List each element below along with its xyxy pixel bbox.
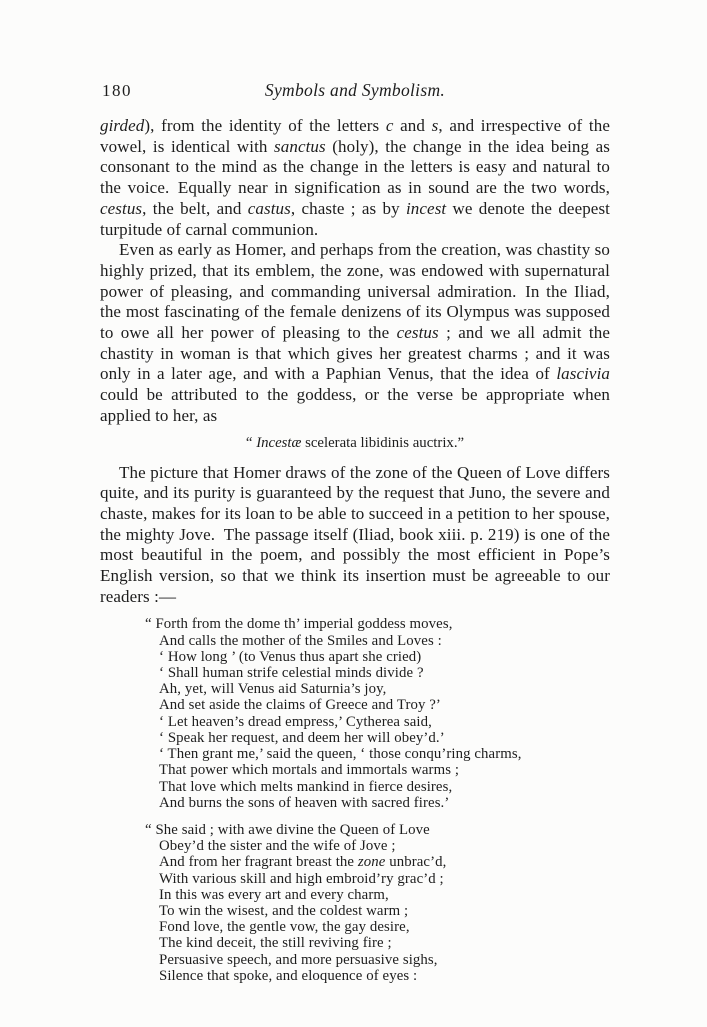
plain-text: , the belt, and xyxy=(142,199,248,218)
poem-line: To win the wisest, and the coldest warm … xyxy=(159,903,610,919)
poem-stanza-1: “ Forth from the dome th’ imperial godde… xyxy=(159,616,610,810)
plain-text: The kind deceit, the still reviving fire… xyxy=(159,935,392,951)
plain-text: Fond love, the gentle vow, the gay desir… xyxy=(159,919,410,935)
italic-text: castus xyxy=(248,199,291,218)
plain-text: unbrac’d, xyxy=(385,854,446,870)
poem-line: In this was every art and every charm, xyxy=(159,887,610,903)
poem-block: “ Forth from the dome th’ imperial godde… xyxy=(100,616,610,983)
plain-text: Persuasive speech, and more persuasive s… xyxy=(159,952,438,968)
italic-text: sanctus xyxy=(274,137,326,156)
plain-text: And set aside the claims of Greece and T… xyxy=(159,697,441,713)
plain-text: “ She said ; with awe divine the Queen o… xyxy=(145,822,430,838)
plain-text: The picture that Homer draws of the zone… xyxy=(100,463,610,606)
poem-stanza-2: “ She said ; with awe divine the Queen o… xyxy=(159,822,610,984)
poem-line: The kind deceit, the still reviving fire… xyxy=(159,935,610,951)
italic-text: girded xyxy=(100,116,144,135)
plain-text: That love which melts mankind in fierce … xyxy=(159,779,452,795)
poem-line: Fond love, the gentle vow, the gay desir… xyxy=(159,919,610,935)
running-title: Symbols and Symbolism. xyxy=(100,80,610,101)
paragraph-continuation: girded), from the identity of the letter… xyxy=(100,116,610,240)
italic-text: c xyxy=(386,116,394,135)
plain-text: ‘ Speak her request, and deem her will o… xyxy=(159,730,445,746)
plain-text: could be attributed to the goddess, or t… xyxy=(100,385,610,425)
poem-line: ‘ Speak her request, and deem her will o… xyxy=(159,730,610,746)
plain-text: Ah, yet, will Venus aid Saturnia’s joy, xyxy=(159,681,386,697)
plain-text: And calls the mother of the Smiles and L… xyxy=(159,633,442,649)
plain-text: “ Forth from the dome th’ imperial godde… xyxy=(145,616,453,632)
poem-line: Silence that spoke, and eloquence of eye… xyxy=(159,968,610,984)
plain-text: And burns the sons of heaven with sacred… xyxy=(159,795,449,811)
poem-line: That power which mortals and immortals w… xyxy=(159,762,610,778)
plain-text: and xyxy=(394,116,432,135)
plain-text: To win the wisest, and the coldest warm … xyxy=(159,903,408,919)
poem-line: “ Forth from the dome th’ imperial godde… xyxy=(159,616,610,632)
plain-text: ‘ How long ’ (to Venus thus apart she cr… xyxy=(159,649,421,665)
paragraph-zone-of-queen-of-love: The picture that Homer draws of the zone… xyxy=(100,463,610,608)
italic-text: cestus xyxy=(100,199,142,218)
plain-text: ‘ Then grant me,’ said the queen, ‘ thos… xyxy=(159,746,522,762)
plain-text: In this was every art and every charm, xyxy=(159,887,389,903)
italic-text: cestus xyxy=(397,323,439,342)
plain-text: scelerata libidinis auctrix.” xyxy=(301,435,464,451)
poem-line: ‘ Shall human strife celestial minds div… xyxy=(159,665,610,681)
plain-text: “ xyxy=(246,435,256,451)
poem-line: ‘ Then grant me,’ said the queen, ‘ thos… xyxy=(159,746,610,762)
paragraph-homer-chastity: Even as early as Homer, and perhaps from… xyxy=(100,240,610,426)
italic-text: lascivia xyxy=(556,364,610,383)
plain-text: That power which mortals and immortals w… xyxy=(159,762,459,778)
poem-line: And calls the mother of the Smiles and L… xyxy=(159,633,610,649)
poem-line: And burns the sons of heaven with sacred… xyxy=(159,795,610,811)
latin-quote: “ Incestæ scelerata libidinis auctrix.” xyxy=(100,435,610,452)
plain-text: , chaste ; as by xyxy=(291,199,406,218)
poem-line: And from her fragrant breast the zone un… xyxy=(159,854,610,870)
italic-text: incest xyxy=(406,199,446,218)
plain-text: ‘ Let heaven’s dread empress,’ Cytherea … xyxy=(159,714,432,730)
plain-text: And from her fragrant breast the xyxy=(159,854,358,870)
running-head: 180 Symbols and Symbolism. xyxy=(100,80,610,104)
plain-text: Silence that spoke, and eloquence of eye… xyxy=(159,968,417,984)
poem-line: “ She said ; with awe divine the Queen o… xyxy=(159,822,610,838)
italic-text: Incestæ xyxy=(256,435,301,451)
poem-line: Obey’d the sister and the wife of Jove ; xyxy=(159,838,610,854)
plain-text: With various skill and high embroid’ry g… xyxy=(159,871,444,887)
poem-line: Ah, yet, will Venus aid Saturnia’s joy, xyxy=(159,681,610,697)
plain-text: Obey’d the sister and the wife of Jove ; xyxy=(159,838,396,854)
poem-line: Persuasive speech, and more persuasive s… xyxy=(159,952,610,968)
poem-line: ‘ How long ’ (to Venus thus apart she cr… xyxy=(159,649,610,665)
italic-text: zone xyxy=(358,854,386,870)
scanned-book-page: 180 Symbols and Symbolism. girded), from… xyxy=(0,0,707,1027)
plain-text: ‘ Shall human strife celestial minds div… xyxy=(159,665,424,681)
poem-line: And set aside the claims of Greece and T… xyxy=(159,697,610,713)
poem-line: ‘ Let heaven’s dread empress,’ Cytherea … xyxy=(159,714,610,730)
poem-line: That love which melts mankind in fierce … xyxy=(159,779,610,795)
poem-line: With various skill and high embroid’ry g… xyxy=(159,871,610,887)
page-number: 180 xyxy=(102,81,132,101)
text-block: girded), from the identity of the letter… xyxy=(100,116,610,984)
plain-text: ), from the identity of the letters xyxy=(144,116,385,135)
